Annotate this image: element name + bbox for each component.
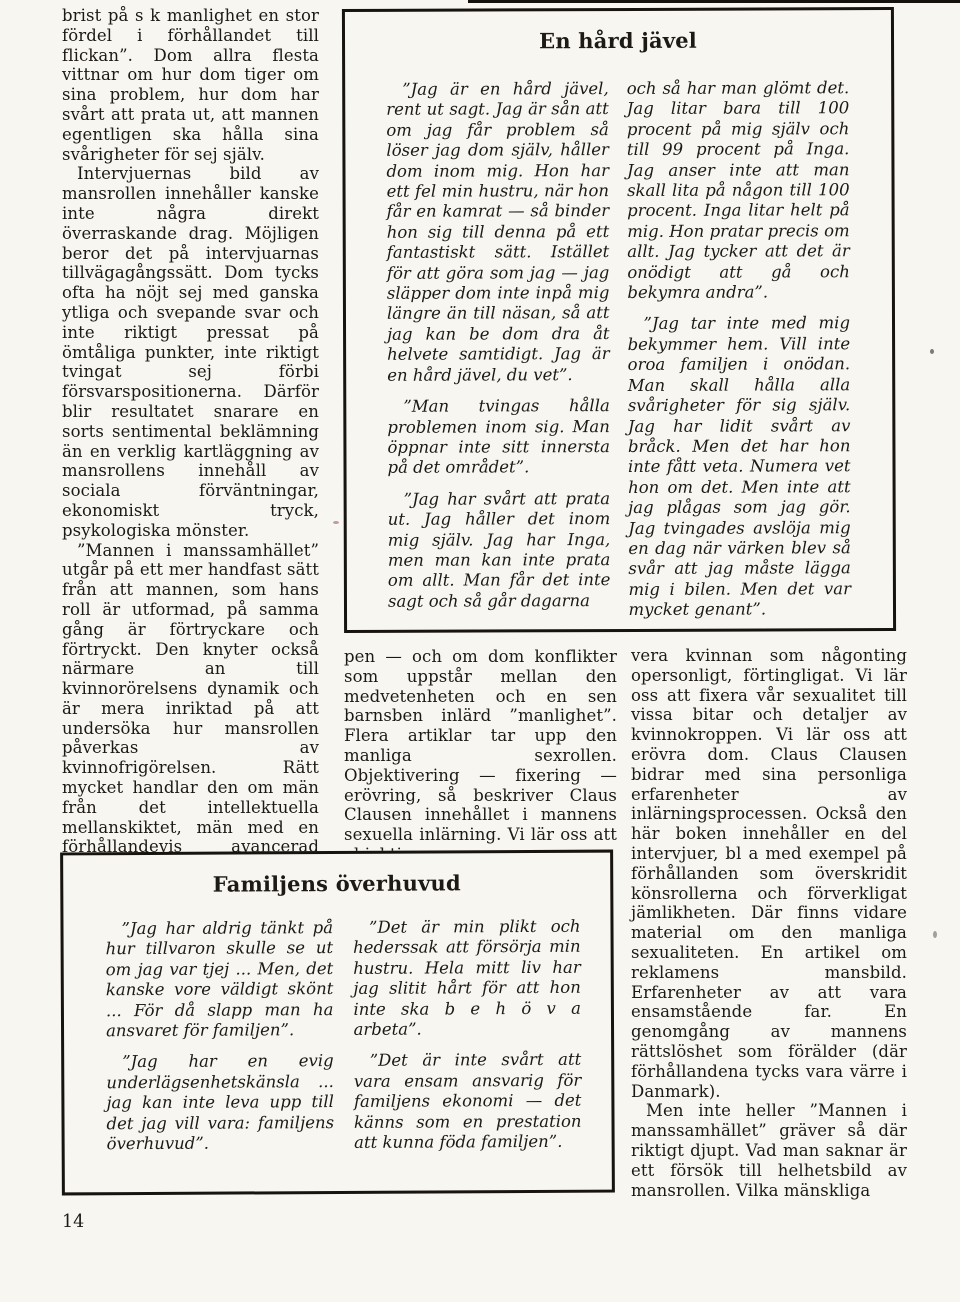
quote-box-1-column-2: och så har man glömt det. Jag litar bara… <box>627 78 851 631</box>
body-paragraph: Men inte heller ”Mannen i manssamhället”… <box>631 1101 907 1200</box>
quote-paragraph: ”Jag har svårt att prata ut. Jag håller … <box>388 489 611 612</box>
quote-paragraph: ”Jag är en hård jävel, rent ut sagt. Jag… <box>386 79 610 386</box>
quote-box-2-column-1: ”Jag har aldrig tänkt på hur tillvaron s… <box>105 918 334 1166</box>
scan-speck <box>930 349 934 354</box>
body-paragraph: pen — och om dom konflikter som uppstår … <box>344 647 617 865</box>
quote-paragraph: ”Jag tar inte med mig bekymmer hem. Vill… <box>627 314 851 621</box>
quote-paragraph: ”Man tvingas hålla problemen inom sig. M… <box>387 396 610 478</box>
quote-box-2-column-2: ”Det är min plikt och hederssak att förs… <box>353 917 582 1165</box>
quote-box-2-title: Familjens överhuvud <box>63 870 610 898</box>
quote-paragraph: ”Jag har en evig underlägsenhetskänsla .… <box>106 1051 334 1154</box>
body-paragraph: Intervjuernas bild av mansrollen innehål… <box>62 164 319 540</box>
quote-paragraph: ”Det är min plikt och hederssak att förs… <box>353 917 581 1041</box>
quote-box-1-columns: ”Jag är en hård jävel, rent ut sagt. Jag… <box>345 78 893 632</box>
body-column-right: vera kvinnan som någonting opersonligt, … <box>631 646 907 1200</box>
body-paragraph: brist på s k manlighet en stor fördel i … <box>62 6 319 164</box>
page-number: 14 <box>62 1212 84 1232</box>
body-paragraph: vera kvinnan som någonting opersonligt, … <box>631 646 907 1101</box>
quote-box-1-column-1: ”Jag är en hård jävel, rent ut sagt. Jag… <box>386 79 610 632</box>
quote-box-1-title: En hård jävel <box>345 27 891 54</box>
quote-box-1: En hård jävel ”Jag är en hård jävel, ren… <box>342 7 896 633</box>
quote-box-2: Familjens överhuvud ”Jag har aldrig tänk… <box>60 850 615 1196</box>
quote-paragraph: ”Det är inte svårt att vara ensam ansvar… <box>354 1050 582 1153</box>
quote-paragraph: och så har man glömt det. Jag litar bara… <box>627 78 850 303</box>
page-top-rule <box>468 0 960 3</box>
body-column-middle: pen — och om dom konflikter som uppstår … <box>344 647 617 865</box>
quote-box-2-columns: ”Jag har aldrig tänkt på hur tillvaron s… <box>63 917 611 1166</box>
scanned-page: brist på s k manlighet en stor fördel i … <box>0 0 960 1302</box>
body-paragraph: ”Mannen i manssamhället” utgår på ett me… <box>62 541 319 897</box>
scan-speck <box>333 521 339 524</box>
body-column-left: brist på s k manlighet en stor fördel i … <box>62 6 319 897</box>
scan-speck <box>933 931 937 938</box>
quote-paragraph: ”Jag har aldrig tänkt på hur tillvaron s… <box>105 918 333 1042</box>
